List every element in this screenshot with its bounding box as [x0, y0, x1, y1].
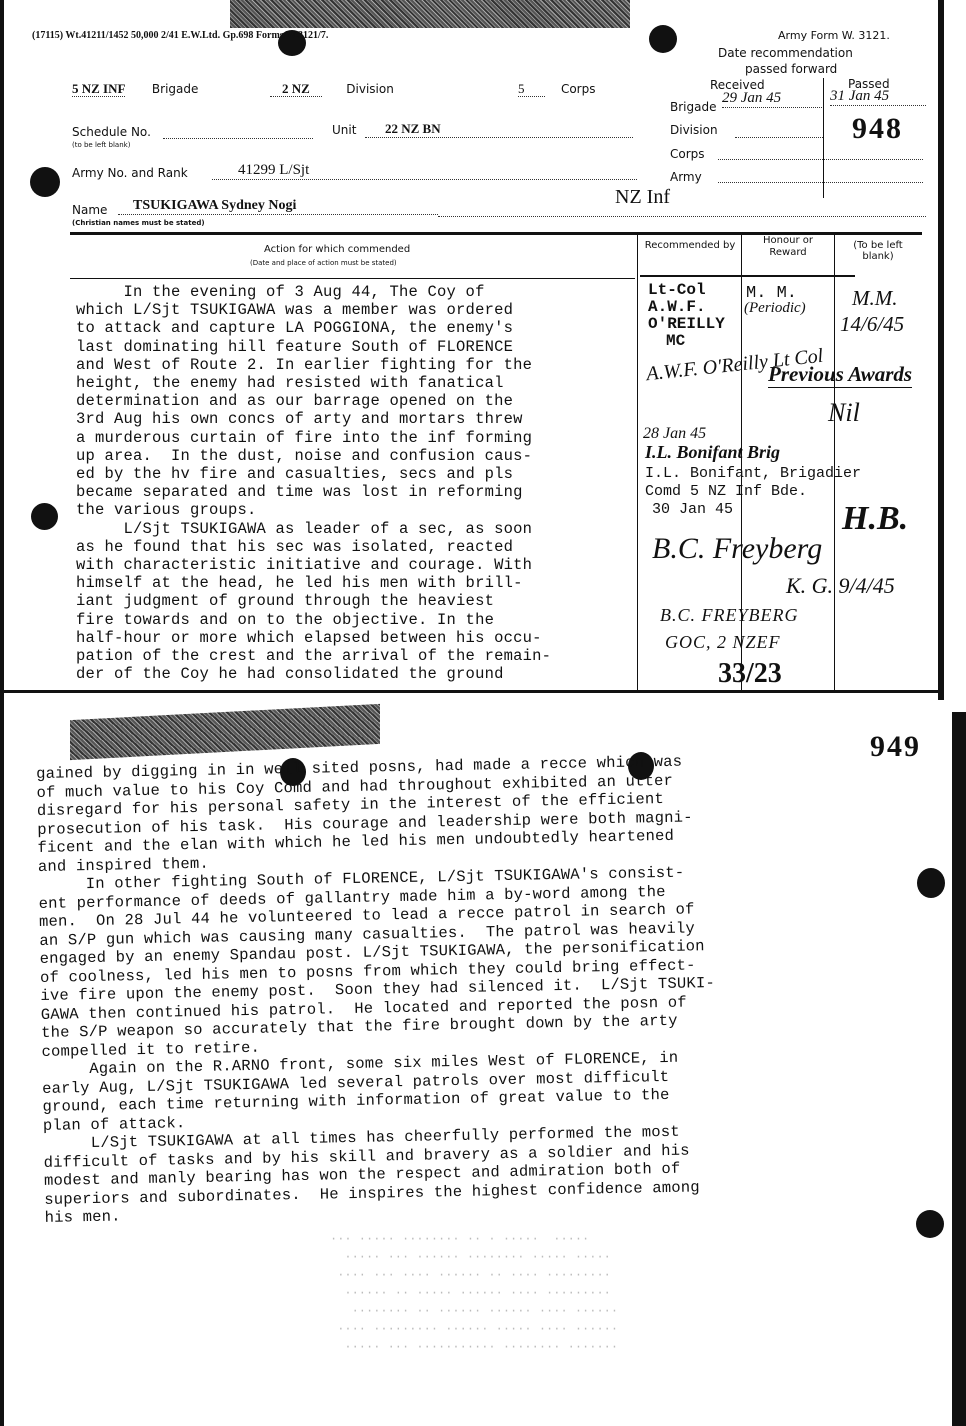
- goc-role: GOC, 2 NZEF: [665, 632, 781, 653]
- name-value: TSUKIGAWA Sydney Nogi: [118, 198, 438, 215]
- citation-line: and West of Route 2. In earlier fighting…: [76, 356, 551, 374]
- division-label: Division: [346, 82, 394, 96]
- action-header: Action for which commended: [264, 244, 410, 255]
- unit-value: 22 NZ BN: [365, 121, 633, 138]
- scan-noise-band-page2: [70, 704, 380, 760]
- honour-award-note: (Periodic): [744, 300, 806, 317]
- citation-line: half-hour or more which elapsed between …: [76, 629, 551, 647]
- page-stamp-949: 949: [870, 730, 921, 764]
- date-recommendation-title: Date recommendation: [718, 46, 853, 60]
- citation-line: 3rd Aug his own concs of arty and mortar…: [76, 410, 551, 428]
- column-divider-3: [834, 232, 835, 692]
- unit-label: Unit: [332, 123, 356, 137]
- citation-page1: In the evening of 3 Aug 44, The Coy ofwh…: [76, 283, 551, 683]
- form-number: Army Form W. 3121.: [778, 29, 890, 42]
- brigade-passed-date: 31 Jan 45: [830, 88, 926, 106]
- corps-value: 5: [518, 81, 545, 97]
- citation-line: iant judgment of ground through the heav…: [76, 592, 551, 610]
- corps-field: 5 Corps: [518, 80, 595, 98]
- print-code: (17115) Wt.41211/1452 50,000 2/41 E.W.Lt…: [32, 30, 328, 41]
- name-note: (Christian names must be stated): [72, 219, 205, 227]
- recommender-initials: A.W.F.: [648, 299, 725, 316]
- schedule-label: Schedule No.: [72, 125, 151, 139]
- goc-name: B.C. FREYBERG: [660, 605, 798, 626]
- brigadier-role: Comd 5 NZ Inf Bde.: [645, 483, 807, 500]
- citation-line: L/Sjt TSUKIGAWA as leader of a sec, as s…: [76, 520, 551, 538]
- brigade-value: 5 NZ INF: [72, 81, 125, 97]
- action-header-rule: [70, 278, 635, 279]
- scan-edge-left: [0, 0, 4, 1426]
- recommender-decoration: MC: [648, 333, 725, 350]
- brigade-row-label: Brigade: [670, 100, 716, 114]
- recommender-surname: O'REILLY: [648, 316, 725, 333]
- citation-line: der of the Coy he had consolidated the g…: [76, 665, 551, 683]
- corps-date-field: [718, 158, 923, 160]
- page-stamp-948: 948: [852, 112, 903, 146]
- punch-hole-icon: [917, 868, 945, 898]
- column-divider-1: [637, 232, 638, 692]
- citation-line: the various groups.: [76, 501, 551, 519]
- approved-award: M.M.: [852, 286, 898, 311]
- approved-date: 14/6/45: [840, 312, 904, 337]
- citation-line: up area. In the dust, noise and confusio…: [76, 447, 551, 465]
- schedule-note: (to be left blank): [72, 141, 130, 149]
- army-number-value: 41299 L/Sjt: [212, 162, 637, 180]
- table-bottom-rule: [0, 690, 940, 693]
- brigadier-signature: I.L. Bonifant Brig: [645, 442, 780, 463]
- brigade-received-date: 29 Jan 45: [722, 90, 822, 108]
- division-value: 2 NZ: [270, 81, 322, 97]
- citation-line: a murderous curtain of fire into the inf…: [76, 429, 551, 447]
- schedule-field[interactable]: [163, 137, 313, 139]
- date-recommendation-subtitle: passed forward: [745, 62, 837, 76]
- approval-initials: H.B.: [842, 500, 908, 538]
- army-date-field: [718, 181, 923, 183]
- corps-row-label: Corps: [670, 147, 705, 161]
- recommend-header-rule: [640, 275, 855, 277]
- reference-number: 33/23: [718, 658, 782, 690]
- brigade-label: Brigade: [152, 82, 198, 96]
- citation-line: pation of the crest and the arrival of t…: [76, 647, 551, 665]
- name-label: Name: [72, 203, 107, 217]
- punch-hole-icon: [649, 25, 677, 53]
- scan-noise-band-top: [230, 0, 630, 28]
- name-field-line: [438, 215, 926, 217]
- citation-line: height, the enemy had resisted with fana…: [76, 374, 551, 392]
- punch-hole-icon: [916, 1210, 944, 1238]
- citation-line: last dominating hill feature South of FL…: [76, 338, 551, 356]
- army-row-label: Army: [670, 170, 702, 184]
- citation-line: with characteristic initiative and coura…: [76, 556, 551, 574]
- citation-line: himself at the head, he led his men with…: [76, 574, 551, 592]
- honour-header: Honour or Reward: [752, 235, 824, 259]
- citation-line: became separated and time was lost in re…: [76, 483, 551, 501]
- punch-hole-icon: [30, 167, 60, 197]
- citation-line: ed by the hv fire and casualties, secs a…: [76, 465, 551, 483]
- citation-line: determination and as our barrage opened …: [76, 392, 551, 410]
- citation-line: In the evening of 3 Aug 44, The Coy of: [76, 283, 551, 301]
- recommender-date: 28 Jan 45: [643, 425, 706, 443]
- brigadier-date: 30 Jan 45: [652, 501, 733, 518]
- recommender-rank: Lt-Col: [648, 282, 725, 299]
- citation-line: as he found that his sec was isolated, r…: [76, 538, 551, 556]
- citation-line: which L/Sjt TSUKIGAWA was a member was o…: [76, 301, 551, 319]
- brigade-field: 5 NZ INF Brigade: [72, 80, 198, 98]
- division-field: 2 NZ Division: [270, 80, 394, 98]
- citation-line: fire towards and on to the objective. In…: [76, 611, 551, 629]
- nationality-note: NZ Inf: [615, 186, 670, 209]
- previous-awards-value: Nil: [828, 398, 860, 428]
- corps-label: Corps: [561, 82, 596, 96]
- scan-edge-right-page1: [938, 0, 944, 700]
- brigadier-typed-name: I.L. Bonifant, Brigadier: [645, 465, 861, 482]
- punch-hole-icon: [31, 503, 58, 530]
- citation-line: to attack and capture LA POGGIONA, the e…: [76, 319, 551, 337]
- division-received-field: [735, 136, 823, 138]
- citation-page2: gained by digging in in well sited posns…: [36, 752, 719, 1227]
- left-blank-header: (To be left blank): [838, 240, 918, 262]
- recommended-by-header: Recommended by: [642, 240, 738, 251]
- scan-edge-right-page2: [952, 712, 966, 1426]
- bleed-through-text: ··· ····· ········ ·· · ····· ····· ····…: [330, 1230, 618, 1356]
- army-number-label: Army No. and Rank: [72, 166, 188, 180]
- division-row-label: Division: [670, 123, 718, 137]
- date-column-divider: [823, 78, 824, 198]
- approval-signature: K. G. 9/4/45: [786, 573, 895, 599]
- recommender-typed-name: Lt-Col A.W.F. O'REILLY MC: [648, 282, 725, 350]
- previous-awards-label: Previous Awards: [768, 362, 912, 388]
- goc-signature: B.C. Freyberg: [652, 532, 822, 566]
- action-header-note: (Date and place of action must be stated…: [250, 259, 397, 267]
